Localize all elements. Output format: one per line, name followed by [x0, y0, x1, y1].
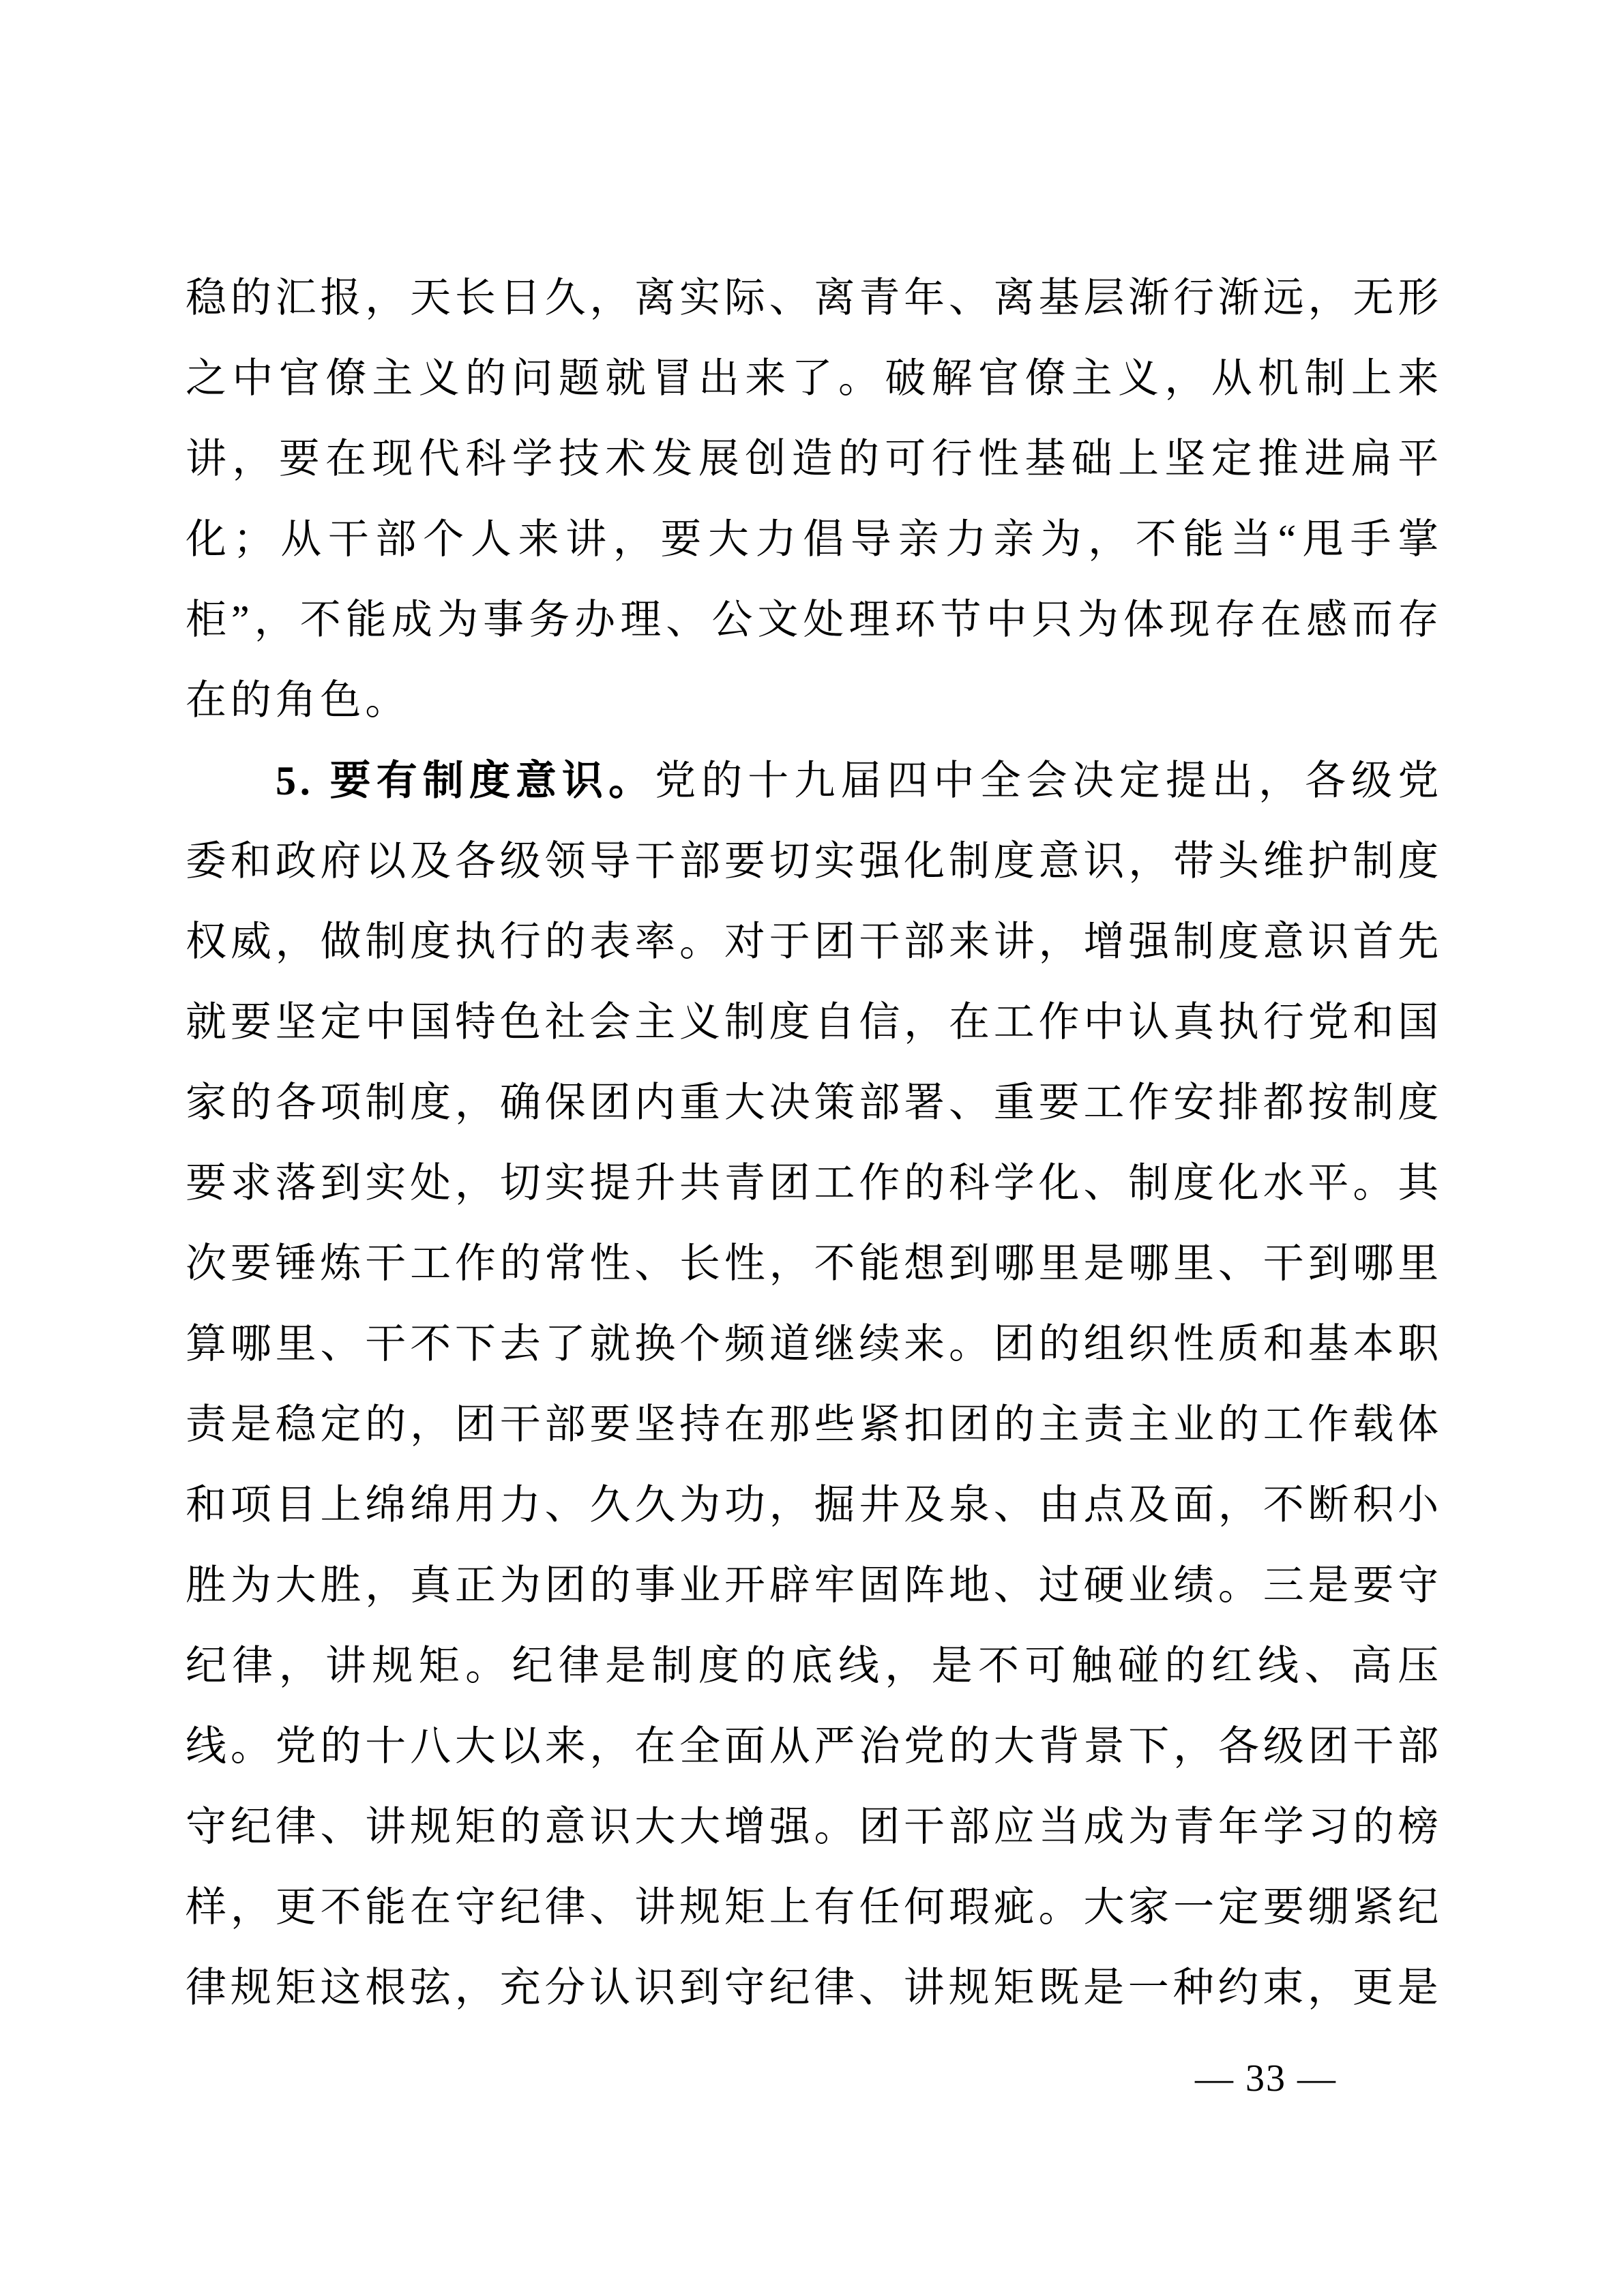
paragraph-lead-bold: 5. 要有制度意识。	[276, 758, 655, 803]
document-page: 稳的汇报，天长日久，离实际、离青年、离基层渐行渐远，无形之中官僚主义的问题就冒出…	[0, 0, 1624, 2296]
paragraph-text: 稳的汇报，天长日久，离实际、离青年、离基层渐行渐远，无形之中官僚主义的问题就冒出…	[186, 275, 1443, 723]
paragraph-item-5: 5. 要有制度意识。党的十九届四中全会决定提出，各级党委和政府以及各级领导干部要…	[186, 741, 1443, 2028]
paragraph-continuation: 稳的汇报，天长日久，离实际、离青年、离基层渐行渐远，无形之中官僚主义的问题就冒出…	[186, 258, 1443, 741]
document-body: 稳的汇报，天长日久，离实际、离青年、离基层渐行渐远，无形之中官僚主义的问题就冒出…	[186, 258, 1443, 2028]
page-number: — 33 —	[1195, 2057, 1337, 2100]
paragraph-text: 党的十九届四中全会决定提出，各级党委和政府以及各级领导干部要切实强化制度意识，带…	[186, 758, 1443, 2010]
